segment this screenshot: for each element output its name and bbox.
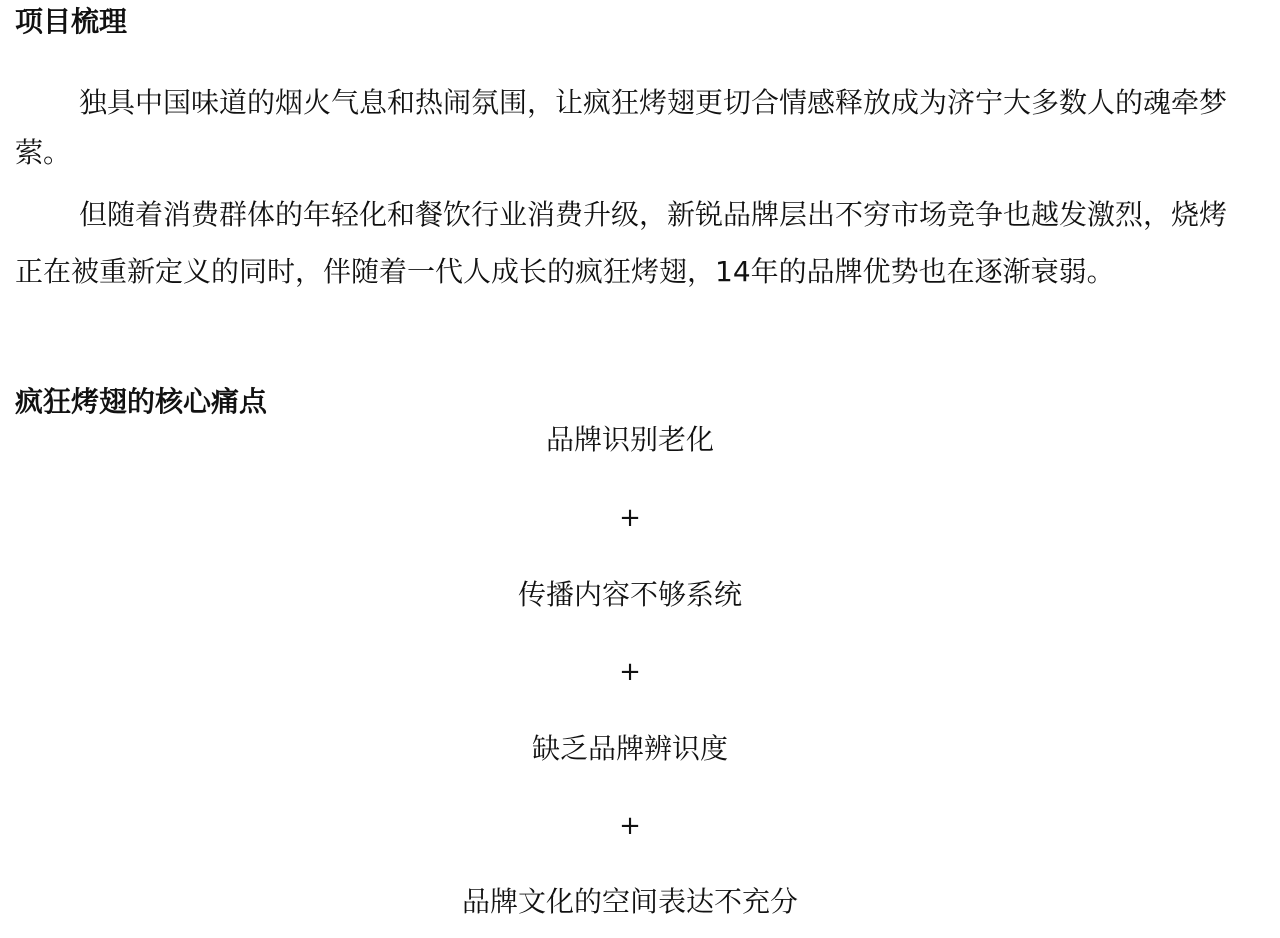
pain-point-item: 传播内容不够系统 [0, 577, 1260, 613]
page-title: 项目梳理 [15, 4, 127, 40]
intro-paragraph: 独具中国味道的烟火气息和热闹氛围，让疯狂烤翅更切合情感释放成为济宁大多数人的魂牵… [15, 78, 1227, 178]
plus-separator: + [0, 808, 1260, 844]
pain-point-item: 品牌识别老化 [0, 422, 1260, 458]
plus-separator: + [0, 654, 1260, 690]
section-title-pain-points: 疯狂烤翅的核心痛点 [15, 384, 267, 420]
pain-point-item: 品牌文化的空间表达不充分 [0, 884, 1260, 920]
context-paragraph: 但随着消费群体的年轻化和餐饮行业消费升级，新锐品牌层出不穷市场竞争也越发激烈，烧… [15, 186, 1227, 300]
pain-point-item: 缺乏品牌辨识度 [0, 731, 1260, 767]
plus-separator: + [0, 500, 1260, 536]
